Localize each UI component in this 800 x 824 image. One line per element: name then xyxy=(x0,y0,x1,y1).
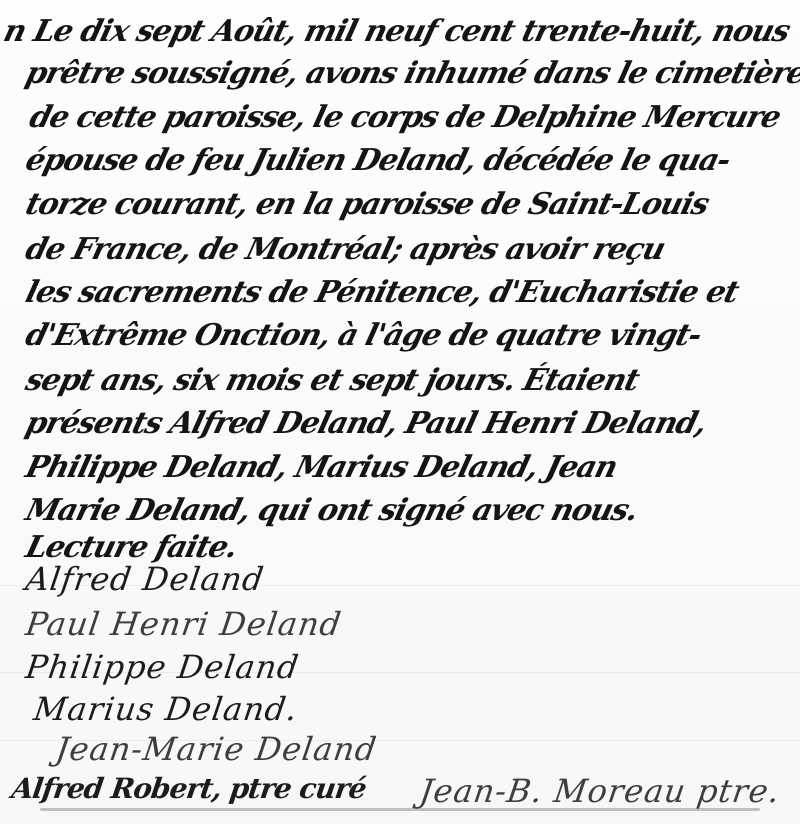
entry-line-3: de cette paroisse, le corps de Delphine … xyxy=(26,100,784,135)
signature-paul-henri-deland: Paul Henri Deland xyxy=(23,605,344,643)
register-page: n Le dix sept Août, mil neuf cent trente… xyxy=(0,0,800,824)
signature-priest-cure: Alfred Robert, ptre curé xyxy=(10,772,368,805)
entry-line-10: présents Alfred Deland, Paul Henri Delan… xyxy=(22,406,710,441)
entry-line-5: torze courant, en la paroisse de Saint-L… xyxy=(22,187,712,222)
signature-marius-deland: Marius Deland. xyxy=(31,690,300,728)
entry-line-9: sept ans, six mois et sept jours. Étaien… xyxy=(22,363,642,398)
signature-priest-moreau: Jean-B. Moreau ptre. xyxy=(417,772,782,810)
entry-line-11: Philippe Deland, Marius Deland, Jean xyxy=(22,450,620,485)
entry-line-1: n Le dix sept Août, mil neuf cent trente… xyxy=(0,14,793,49)
entry-line-8: d'Extrême Onction, à l'âge de quatre vin… xyxy=(22,318,705,353)
signature-alfred-deland: Alfred Deland xyxy=(23,560,266,598)
entry-line-7: les sacrements de Pénitence, d'Eucharist… xyxy=(22,275,742,310)
entry-line-12: Marie Deland, qui ont signé avec nous. xyxy=(22,493,641,528)
next-entry-fragment xyxy=(40,808,760,811)
entry-line-6: de France, de Montréal; après avoir reçu xyxy=(22,232,668,267)
signature-philippe-deland: Philippe Deland xyxy=(23,648,301,686)
entry-line-4: épouse de feu Julien Deland, décédée le … xyxy=(22,143,733,178)
signature-jean-marie-deland: Jean-Marie Deland xyxy=(53,730,379,768)
entry-line-2: prêtre soussigné, avons inhumé dans le c… xyxy=(22,56,800,91)
